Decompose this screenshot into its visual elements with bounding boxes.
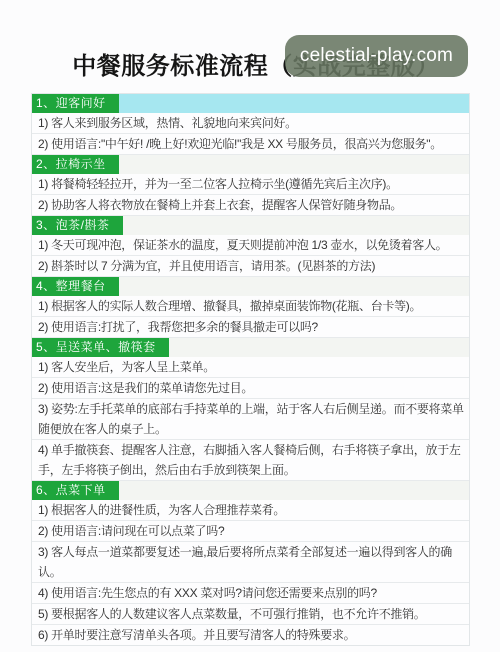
list-item: 4) 使用语言:先生您点的有 XXX 菜对吗?请问您还需要来点别的吗? bbox=[32, 583, 469, 604]
section-title: 2、拉椅示坐 bbox=[32, 155, 119, 174]
document-page: 中餐服务标准流程（实战完整版） celestial-play.com 1、迎客问… bbox=[0, 0, 500, 652]
list-item: 1) 客人来到服务区域，热情、礼貌地向来宾问好。 bbox=[32, 113, 469, 134]
watermark-text: celestial-play.com bbox=[300, 45, 453, 67]
list-item: 1) 根据客人的实际人数合理增、撤餐具，撤掉桌面装饰物(花瓶、台卡等)。 bbox=[32, 296, 469, 317]
list-item: 6) 开单时要注意写清单头各项。并且要写清客人的特殊要求。 bbox=[32, 625, 469, 645]
section-title: 5、呈送菜单、撤筷套 bbox=[32, 338, 169, 357]
section-title: 1、迎客问好 bbox=[32, 94, 119, 113]
list-item: 2) 协助客人将衣物放在餐椅上并套上衣套，提醒客人保管好随身物品。 bbox=[32, 195, 469, 216]
list-item: 2) 使用语言:请问现在可以点菜了吗? bbox=[32, 521, 469, 542]
section-header: 2、拉椅示坐 bbox=[32, 155, 469, 174]
list-item: 2) 使用语言:这是我们的菜单请您先过目。 bbox=[32, 378, 469, 399]
section-header: 1、迎客问好 bbox=[32, 94, 469, 113]
section-header: 4、整理餐台 bbox=[32, 277, 469, 296]
section-title: 6、点菜下单 bbox=[32, 481, 119, 500]
section-title: 4、整理餐台 bbox=[32, 277, 119, 296]
list-item: 5) 要根据客人的人数建议客人点菜数量，不可强行推销，也不允许不推销。 bbox=[32, 604, 469, 625]
list-item: 1) 冬天可现冲泡，保证茶水的温度，夏天则提前冲泡 1/3 壶水，以免烫着客人。 bbox=[32, 235, 469, 256]
section-header: 6、点菜下单 bbox=[32, 481, 469, 500]
list-item: 1) 客人安坐后，为客人呈上菜单。 bbox=[32, 357, 469, 378]
list-item: 2) 使用语言:"中午好! /晚上好!欢迎光临!"我是 XX 号服务员，很高兴为… bbox=[32, 134, 469, 155]
section-header: 3、泡茶/斟茶 bbox=[32, 216, 469, 235]
list-item: 2) 使用语言:打扰了，我帮您把多余的餐具撤走可以吗? bbox=[32, 317, 469, 338]
list-item: 3) 客人每点一道菜都要复述一遍,最后要将所点菜肴全部复述一遍以得到客人的确认。 bbox=[32, 542, 469, 583]
list-item: 1) 根据客人的进餐性质，为客人合理推荐菜肴。 bbox=[32, 500, 469, 521]
list-item: 4) 单手撤筷套、提醒客人注意，右脚插入客人餐椅后侧，右手将筷子拿出，放于左手，… bbox=[32, 440, 469, 481]
list-item: 2) 斟茶时以 7 分满为宜，并且使用语言，请用茶。(见斟茶的方法) bbox=[32, 256, 469, 277]
content-table: 1、迎客问好1) 客人来到服务区域，热情、礼貌地向来宾问好。2) 使用语言:"中… bbox=[31, 93, 470, 646]
list-item: 1) 将餐椅轻轻拉开，并为一至二位客人拉椅示坐(遵循先宾后主次序)。 bbox=[32, 174, 469, 195]
watermark-badge: celestial-play.com bbox=[285, 35, 468, 77]
section-title: 3、泡茶/斟茶 bbox=[32, 216, 123, 235]
list-item: 3) 姿势:左手托菜单的底部右手持菜单的上端，站于客人右后侧呈递。而不要将菜单随… bbox=[32, 399, 469, 440]
section-header: 5、呈送菜单、撤筷套 bbox=[32, 338, 469, 357]
